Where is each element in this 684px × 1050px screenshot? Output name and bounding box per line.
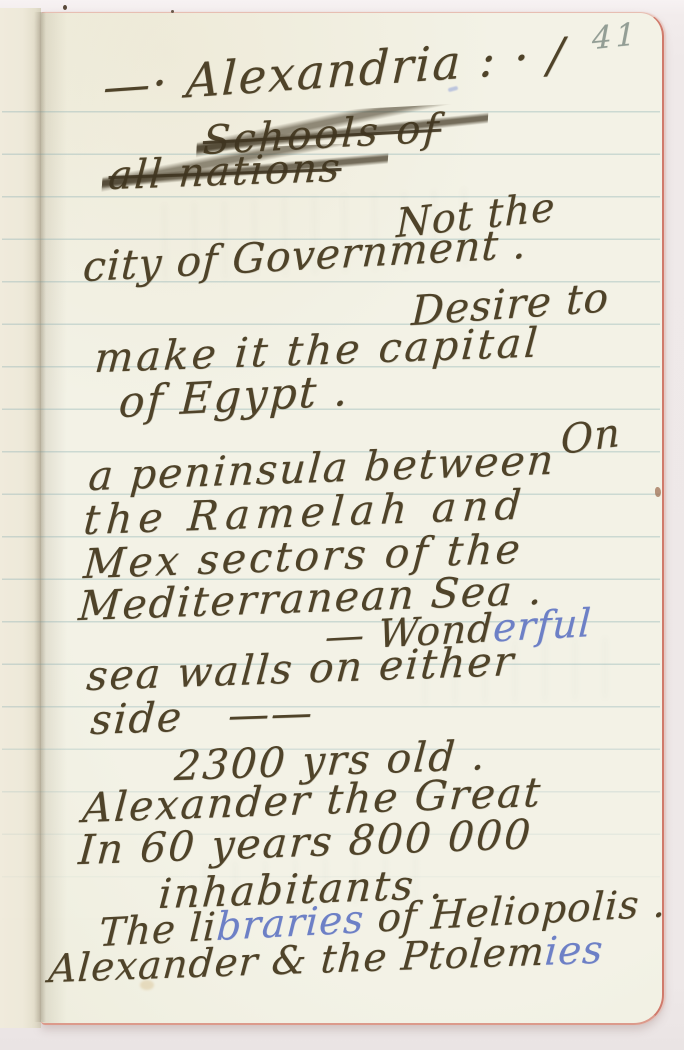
- handwritten-line-struck-all-nations: all nations: [107, 148, 343, 196]
- text-segment-ink: side ——: [89, 688, 316, 744]
- edge-fleck: [655, 487, 661, 497]
- text-segment-ink: all nations: [107, 145, 343, 199]
- handwritten-line-on: On: [560, 413, 621, 462]
- page-number: 41: [592, 19, 639, 55]
- handwritten-line-side: side ——: [89, 692, 315, 741]
- text-segment-blue: ies: [543, 928, 605, 975]
- handwritten-line-of-egypt: of Egypt .: [118, 370, 351, 425]
- paper-speck: [171, 10, 174, 13]
- paper-stain: [140, 980, 154, 990]
- text-segment-ink: On: [560, 410, 622, 465]
- binding-crease: [34, 12, 46, 1022]
- paper-speck: [63, 5, 67, 10]
- notebook-scan: 41 —· Alexandria : · /Schools ofall nati…: [0, 0, 684, 1050]
